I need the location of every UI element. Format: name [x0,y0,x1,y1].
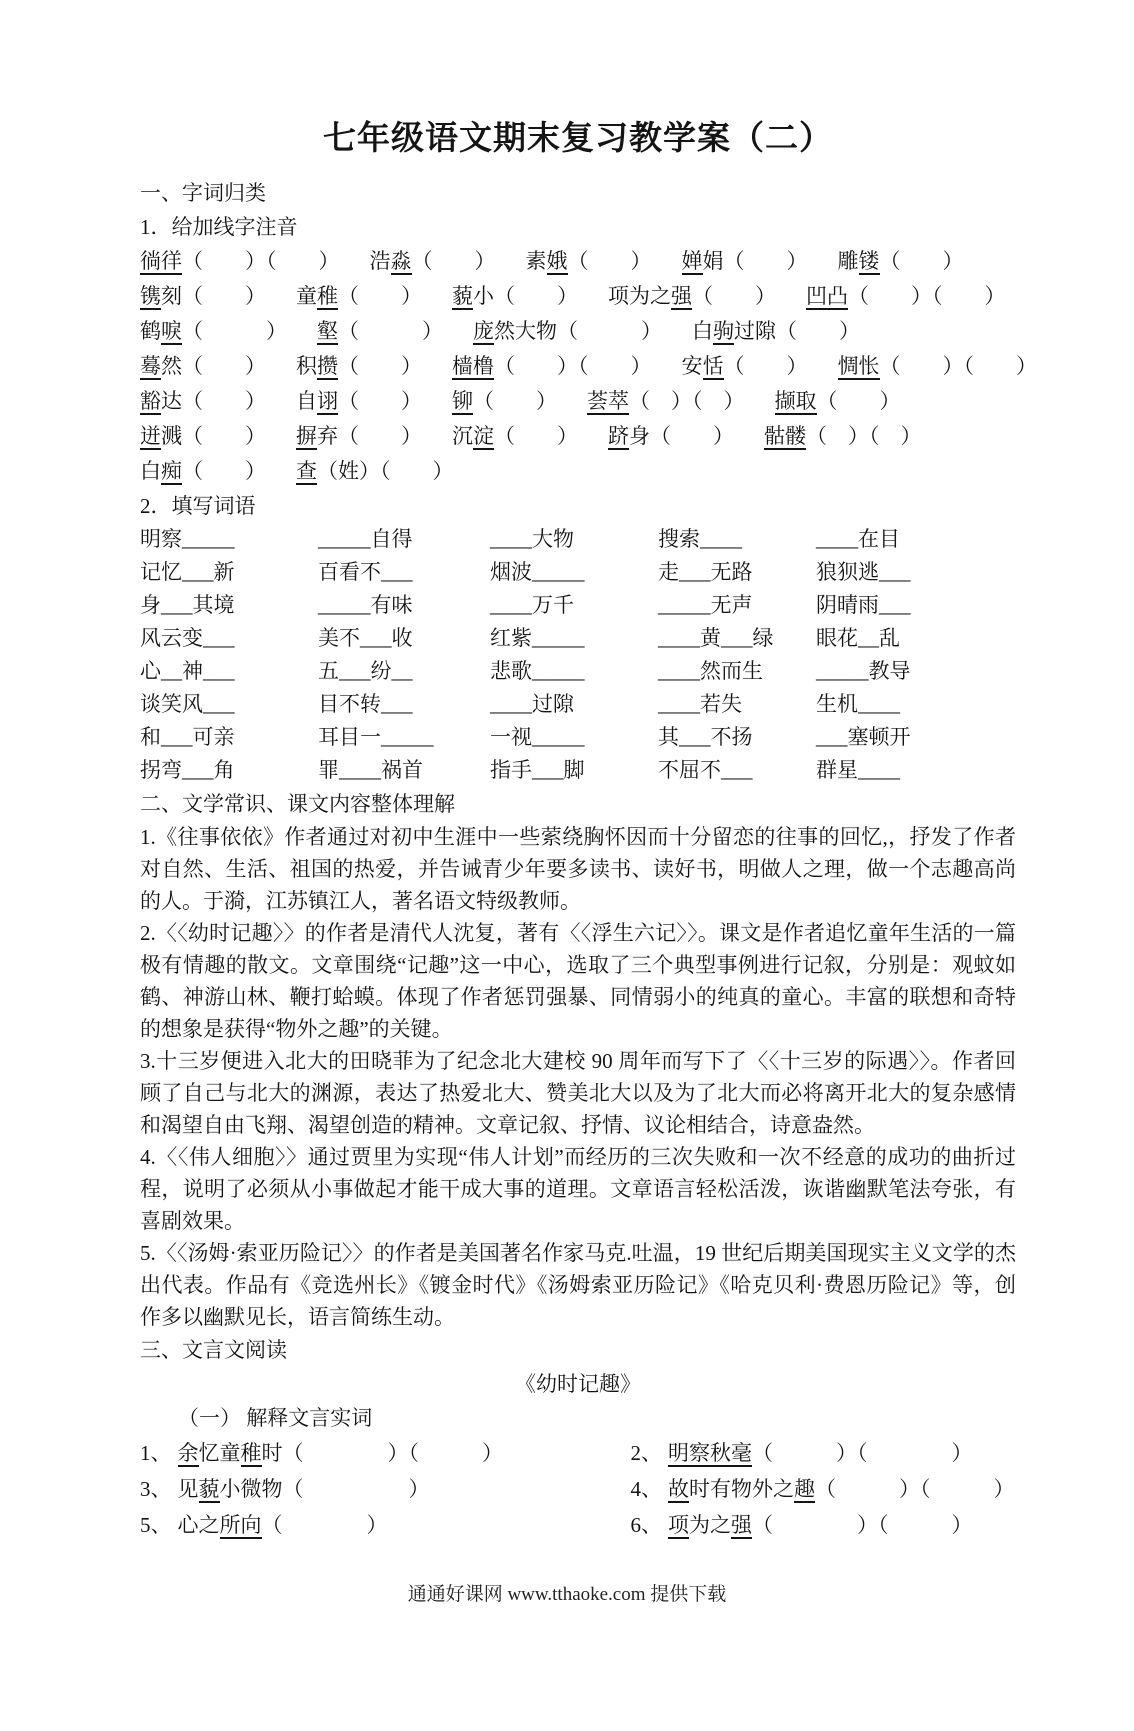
answer-parens: （ ） [338,389,422,413]
blank-phrase: 眼花__乱 [816,622,1016,655]
underlined-char: 藐 [452,284,473,310]
classical-item: 4、故时有物外之趣（ ）（ ） [631,1471,1016,1507]
literature-paragraph: 1.《往事依依》作者通过对初中生涯中一些萦绕胸怀因而十分留恋的往事的回忆,，抒发… [140,821,1016,917]
underlined-char: 藐 [199,1477,220,1503]
underlined-char: 撷取 [775,389,817,415]
plain-char: 安 [682,354,703,378]
fill-grid: 明察__________自得____大物搜索________在目记忆___新百看… [140,523,1016,787]
pinyin-item: 白痴（ ） [140,454,266,489]
blank-phrase: 美不___收 [318,622,490,655]
blank-phrase: 心__神___ [140,655,318,688]
underlined-char: 恬 [703,354,724,380]
answer-parens: （ ） [557,319,662,343]
plain-char: 素 [526,249,547,273]
answer-parens: （ ）（ ） [848,284,1006,308]
plain-char: 弃 [317,424,338,448]
pinyin-item: 安恬（ ） [682,349,808,384]
underlined-char: 镌 [140,284,161,310]
blank-phrase: 五___纷__ [318,655,490,688]
section-heading-literature: 二、文学常识、课文内容整体理解 [140,787,1016,821]
pinyin-item: 雕镂（ ） [838,244,964,279]
underlined-char: 铆 [452,389,473,415]
classical-item: 1、余忆童稚时（ ）（ ） [140,1435,631,1471]
pinyin-item: 撷取（ ） [775,384,901,419]
blank-phrase: 风云变___ [140,622,318,655]
subheading-pinyin: 1．给加线字注音 [140,210,1016,244]
blank-phrase: ____过隙 [490,688,658,721]
blank-phrase: 和___可亲 [140,721,318,754]
blank-phrase: _____自得 [318,523,490,556]
plain-char: 忆童 [199,1441,241,1465]
blank-phrase: 罪____祸首 [318,754,490,787]
pinyin-item: 惆怅（ ）（ ） [838,349,1038,384]
underlined-char: 跻 [608,424,629,450]
answer-parens: （ ） [724,354,808,378]
answer-parens: （ ） [473,389,557,413]
answer-parens: （ ） [412,249,496,273]
blank-phrase: 耳目一_____ [318,721,490,754]
blank-phrase: ____万千 [490,589,658,622]
answer-parens: （ ） [724,249,808,273]
item-number: 6、 [631,1513,663,1537]
classical-item: 2、明察秋毫（ ）（ ） [631,1435,1016,1471]
pinyin-item: 骷髅（ ）（ ） [764,419,922,454]
answer-parens: （ ） [338,354,422,378]
underlined-char: 豁 [140,389,161,415]
plain-char: 小微物 [220,1477,283,1501]
underlined-char: 稚 [317,284,338,310]
blank-phrase: 其___不扬 [658,721,816,754]
answer-parens: （ ）（ ） [629,389,745,413]
pinyin-item: 童稚（ ） [296,279,422,314]
answer-parens: （ ） [182,354,266,378]
pinyin-item: 迸溅（ ） [140,419,266,454]
plain-char: 溅 [161,424,182,448]
pinyin-row: 蓦然（ ）积攒（ ）樯橹（ ）（ ）安恬（ ）惆怅（ ）（ ） [140,349,1016,384]
underlined-char: 婵 [682,249,703,275]
underlined-char: 骷髅 [764,424,806,450]
pinyin-item: 庞然大物（ ） [473,314,662,349]
item-number: 2、 [631,1441,663,1465]
section-heading-words: 一、字词归类 [140,176,1016,210]
pinyin-item: 镌刻（ ） [140,279,266,314]
underlined-char: 驹 [713,319,734,345]
plain-char: 积 [296,354,317,378]
pinyin-item: 项为之强（ ） [608,279,776,314]
plain-char: 童 [296,284,317,308]
pinyin-row: 豁达（ ）自诩（ ）铆（ ）荟萃（ ）（ ）撷取（ ） [140,384,1016,419]
underlined-char: 樯橹 [452,354,494,380]
literature-paragraph: 2.〈〈幼时记趣〉〉的作者是清代人沈复，著有〈〈浮生六记〉〉。课文是作者追忆童年… [140,917,1016,1045]
answer-parens: （ ）（ ） [815,1477,1015,1501]
underlined-char: 攒 [317,354,338,380]
underlined-char: 明察 [668,1441,710,1467]
item-number: 1、 [140,1441,172,1465]
pinyin-item: 白驹过隙（ ） [692,314,860,349]
answer-parens: （ ）（ ） [752,1513,973,1537]
blank-phrase: 拐弯___角 [140,754,318,787]
plain-char: 过隙 [734,319,776,343]
plain-char: 白 [692,319,713,343]
answer-parens: （ ） [182,424,266,448]
pinyin-item: 浩淼（ ） [370,244,496,279]
pinyin-item: 豁达（ ） [140,384,266,419]
underlined-char: 摒 [296,424,317,450]
underlined-char: 唳 [161,319,182,345]
blank-phrase: 生机____ [816,688,1016,721]
underlined-char: 荟萃 [587,389,629,415]
literature-paragraph: 5.〈〈汤姆·索亚历险记〉〉的作者是美国著名作家马克.吐温，19 世纪后期美国现… [140,1237,1016,1333]
answer-parens: （ ） [692,284,776,308]
answer-parens: （ ） [182,319,287,343]
blank-phrase: _____有味 [318,589,490,622]
item-number: 4、 [631,1477,663,1501]
underlined-char: 诩 [317,389,338,415]
pinyin-row: 鹤唳（ ）壑（ ）庞然大物（ ）白驹过隙（ ） [140,314,1016,349]
pinyin-item: 徜徉（ ）（ ） [140,244,340,279]
answer-parens: （ ） [568,249,652,273]
underlined-char: 痴 [161,459,182,485]
underlined-char: 故 [668,1477,689,1503]
item-number: 3、 [140,1477,172,1501]
answer-parens: （ ） [182,284,266,308]
classical-item: 3、见藐小微物（ ） [140,1471,631,1507]
blank-phrase: 谈笑风___ [140,688,318,721]
pinyin-item: 素娥（ ） [526,244,652,279]
pinyin-row: 迸溅（ ）摒弃（ ）沉淀（ ）跻身（ ）骷髅（ ）（ ） [140,419,1016,454]
underlined-char: 蓦 [140,354,161,380]
pinyin-row: 镌刻（ ）童稚（ ）藐小（ ）项为之强（ ）凹凸（ ）（ ） [140,279,1016,314]
pinyin-item: 婵娟（ ） [682,244,808,279]
blank-phrase: 指手___脚 [490,754,658,787]
blank-phrase: 狼狈逃___ [816,556,1016,589]
answer-parens: （ ） [283,1477,430,1501]
worksheet-content: 七年级语文期末复习教学案（二） 一、字词归类 1．给加线字注音 徜徉（ ）（ ）… [0,0,1134,1543]
answer-parens: （ ） [182,459,266,483]
answer-parens: （ ） [338,319,443,343]
pinyin-item: 自诩（ ） [296,384,422,419]
literature-paragraph: 4.〈〈伟人细胞〉〉通过贾里为实现“伟人计划”而经历的三次失败和一次不经意的成功… [140,1141,1016,1237]
pinyin-item: 蓦然（ ） [140,349,266,384]
pinyin-row: 徜徉（ ）（ ）浩淼（ ）素娥（ ）婵娟（ ）雕镂（ ） [140,244,1016,279]
classical-item: 6、项为之强（ ）（ ） [631,1507,1016,1543]
answer-parens: （ ） [494,424,578,448]
pinyin-item: 查（姓）（ ） [296,454,454,489]
underlined-char: 迸 [140,424,161,450]
pinyin-item: 壑（ ） [317,314,443,349]
plain-char: 然 [161,354,182,378]
plain-char: 时 [262,1441,283,1465]
item-number: 5、 [140,1513,172,1537]
answer-parens: （ ） [817,389,901,413]
blank-phrase: 搜索____ [658,523,816,556]
pinyin-rows: 徜徉（ ）（ ）浩淼（ ）素娥（ ）婵娟（ ）雕镂（ ）镌刻（ ）童稚（ ）藐小… [140,244,1016,489]
blank-phrase: 一视_____ [490,721,658,754]
blank-phrase: ___塞顿开 [816,721,1016,754]
classical-grid: 1、余忆童稚时（ ）（ ）2、明察秋毫（ ）（ ）3、见藐小微物（ ）4、故时有… [140,1435,1016,1543]
underlined-char: 余 [178,1441,199,1467]
blank-phrase: 烟波_____ [490,556,658,589]
classical-part-heading: （一） 解释文言实词 [178,1401,1016,1435]
underlined-char: 庞 [473,319,494,345]
plain-char: 达 [161,389,182,413]
pinyin-item: 樯橹（ ）（ ） [452,349,652,384]
plain-char: 为之 [689,1513,731,1537]
worksheet-page: 七年级语文期末复习教学案（二） 一、字词归类 1．给加线字注音 徜徉（ ）（ ）… [0,0,1134,1731]
blank-phrase: _____教导 [816,655,1016,688]
answer-parens: （ ） [338,424,422,448]
pinyin-item: 鹤唳（ ） [140,314,287,349]
underlined-char: 秋毫 [710,1441,752,1467]
blank-phrase: ____在目 [816,523,1016,556]
answer-parens: （ ） [880,249,964,273]
answer-parens: （ ） [650,424,734,448]
blank-phrase: ____黄___绿 [658,622,816,655]
answer-parens: （ ） [182,389,266,413]
plain-char: 雕 [838,249,859,273]
underlined-char: 淼 [391,249,412,275]
underlined-char: 徜徉 [140,249,182,275]
plain-char: 见 [178,1477,199,1501]
literature-paragraphs: 1.《往事依依》作者通过对初中生涯中一些萦绕胸怀因而十分留恋的往事的回忆,，抒发… [140,821,1016,1333]
pinyin-item: 积攒（ ） [296,349,422,384]
answer-parens: （ ）（ ） [880,354,1038,378]
pinyin-item: 铆（ ） [452,384,557,419]
blank-phrase: 目不转___ [318,688,490,721]
underlined-char: 稚 [241,1441,262,1467]
plain-char: 心之 [178,1513,220,1537]
underlined-char: 淀 [473,424,494,450]
plain-char: 刻 [161,284,182,308]
answer-parens: （ ） [262,1513,388,1537]
underlined-char: 强 [671,284,692,310]
classical-item: 5、心之所向（ ） [140,1507,631,1543]
classical-subtitle: 《幼时记趣》 [140,1367,1016,1401]
answer-parens: （ ）（ ） [806,424,922,448]
blank-phrase: 明察_____ [140,523,318,556]
underlined-char: 壑 [317,319,338,345]
pinyin-item: 跻身（ ） [608,419,734,454]
literature-paragraph: 3.十三岁便进入北大的田晓菲为了纪念北大建校 90 周年而写下了〈〈十三岁的际遇… [140,1045,1016,1141]
underlined-char: 查 [296,459,317,485]
blank-phrase: 阴晴雨___ [816,589,1016,622]
blank-phrase: 身___其境 [140,589,318,622]
underlined-char: 强 [731,1513,752,1539]
blank-phrase: 走___无路 [658,556,816,589]
plain-char: 时有物外之 [689,1477,794,1501]
blank-phrase: 百看不___ [318,556,490,589]
blank-phrase: _____无声 [658,589,816,622]
answer-parens: （ ） [776,319,860,343]
answer-parens: （ ） [494,284,578,308]
blank-phrase: 不屈不___ [658,754,816,787]
subheading-fill: 2．填写词语 [140,489,1016,523]
page-title: 七年级语文期末复习教学案（二） [140,116,1016,162]
blank-phrase: ____若失 [658,688,816,721]
blank-phrase: 红紫_____ [490,622,658,655]
plain-char: 身 [629,424,650,448]
plain-char: 沉 [452,424,473,448]
blank-phrase: 悲歌_____ [490,655,658,688]
answer-parens: （ ）（ ） [182,249,340,273]
answer-parens: （ ）（ ） [283,1441,504,1465]
pinyin-item: 荟萃（ ）（ ） [587,384,745,419]
footer-credit: 通通好课网 www.tthaoke.com 提供下载 [0,1582,1134,1608]
underlined-char: 惆怅 [838,354,880,380]
plain-char: 鹤 [140,319,161,343]
answer-parens: （ ）（ ） [494,354,652,378]
plain-char: 白 [140,459,161,483]
section-heading-classical: 三、文言文阅读 [140,1333,1016,1367]
plain-char: 小 [473,284,494,308]
underlined-char: 趣 [794,1477,815,1503]
underlined-char: 娥 [547,249,568,275]
plain-char: 浩 [370,249,391,273]
plain-char: 自 [296,389,317,413]
answer-parens: （ ）（ ） [752,1441,973,1465]
pinyin-item: 凹凸（ ）（ ） [806,279,1006,314]
plain-char: 然大物 [494,319,557,343]
blank-phrase: 群星____ [816,754,1016,787]
underlined-char: 项 [668,1513,689,1539]
answer-parens: （姓）（ ） [317,459,454,483]
plain-char: 项为之 [608,284,671,308]
answer-parens: （ ） [338,284,422,308]
pinyin-item: 藐小（ ） [452,279,578,314]
blank-phrase: ____然而生 [658,655,816,688]
underlined-char: 所向 [220,1513,262,1539]
plain-char: 娟 [703,249,724,273]
underlined-char: 凹凸 [806,284,848,310]
pinyin-row: 白痴（ ）查（姓）（ ） [140,454,1016,489]
pinyin-item: 摒弃（ ） [296,419,422,454]
underlined-char: 镂 [859,249,880,275]
blank-phrase: 记忆___新 [140,556,318,589]
pinyin-item: 沉淀（ ） [452,419,578,454]
blank-phrase: ____大物 [490,523,658,556]
